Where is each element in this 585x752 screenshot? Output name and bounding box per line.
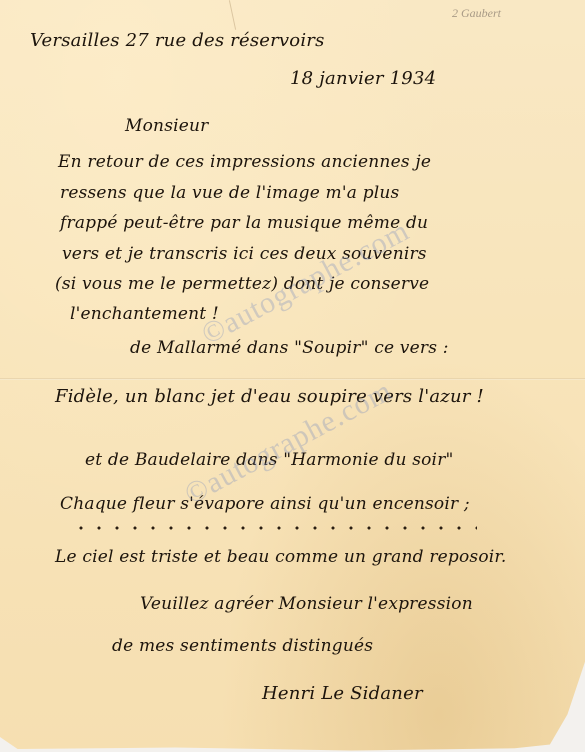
letter-address: Versailles 27 rue des réservoirs [30,30,325,51]
body-line-5: (si vous me le permettez) dont je conser… [55,274,429,294]
letter-salutation: Monsieur [125,116,209,136]
mallarme-quote-intro: de Mallarmé dans "Soupir" ce vers : [130,338,449,358]
body-line-2: ressens que la vue de l'image m'a plus [60,183,399,203]
horizontal-fold-crease [0,378,585,380]
signature: Henri Le Sidaner [262,683,423,704]
letter-date: 18 janvier 1934 [290,68,436,89]
closing-line-2: de mes sentiments distingués [112,636,373,656]
ellipsis-dotted-line [72,524,477,532]
body-line-1: En retour de ces impressions anciennes j… [58,152,431,172]
baudelaire-quote-line-1: Chaque fleur s'évapore ainsi qu'un encen… [60,494,470,514]
baudelaire-quote-line-2: Le ciel est triste et beau comme un gran… [55,547,506,567]
pencil-annotation: 2 Gaubert [452,6,501,21]
closing-line-1: Veuillez agréer Monsieur l'expression [140,594,473,614]
mallarme-quote: Fidèle, un blanc jet d'eau soupire vers … [55,386,484,407]
